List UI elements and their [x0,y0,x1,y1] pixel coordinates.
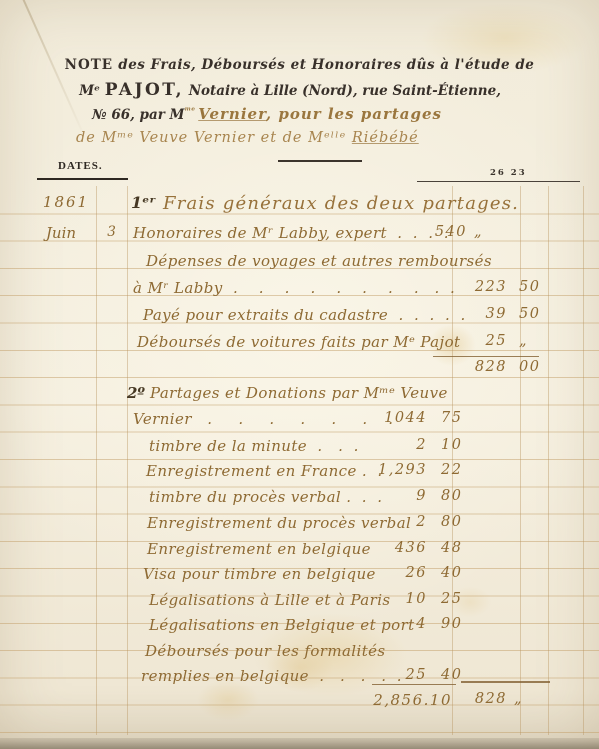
entry-francs: 540 [380,224,467,240]
ledger-row: Enregistrement du procès verbal 2 80 [0,514,599,540]
entry-francs: 26 [340,565,427,581]
header-payer-line: № 66, par Mᵐᵉ Vernier, pour les partages [92,105,442,123]
ledger-row: Dépenses de voyages et autres remboursés [0,252,599,278]
subtotal-centimes: 00 [519,359,540,375]
entry-francs: 2 [340,437,427,453]
header-title-line: NOTE des Frais, Déboursés et Honoraires … [0,57,599,73]
entry-centimes: 50 [519,306,540,322]
header-title-rest: des Frais, Déboursés et Honoraires dûs à… [113,57,534,73]
dates-header-rule [37,178,128,180]
entry-day: 3 [97,224,126,240]
entry-francs: 9 [340,488,427,504]
entry-centimes: 48 [441,540,462,556]
entry-francs: 4 [340,616,427,632]
parties-handwritten: de Mᵐᵉ Veuve Vernier et de Mᵉˡˡᵉ [76,130,352,146]
ledger-row: 1861 1ᵉʳ Frais généraux des deux partage… [0,193,599,219]
ledger-row: à Mʳ Labby . . . . . . . . . . 223 50 [0,279,599,305]
entry-centimes: 22 [441,462,462,478]
entry-text: Partages et Donations par Mᵐᵉ Veuve [150,384,448,402]
ledger-page: NOTE des Frais, Déboursés et Honoraires … [0,0,599,749]
section-marker: 1ᵉʳ [131,193,156,212]
dates-column-header: DATES. [58,160,103,172]
section-marker: 2º [127,384,145,402]
page-bottom-edge [0,738,599,749]
header-separator-rule [278,160,362,162]
entry-francs: 223 [420,279,507,295]
notary-honorific: Mᵉ [79,83,105,99]
party-name-handwritten: Riébébé [352,130,419,146]
entry-text: Dépenses de voyages et autres remboursés [146,252,492,270]
subtotal-francs: 828 [420,359,507,375]
payer-printed-prefix: № 66, par M [92,107,185,123]
entry-francs: 1044 [340,410,427,426]
section-heading-text: Frais généraux des deux partages. [163,193,519,214]
header-notary-line: Mᵉ PAJOT, Notaire à Lille (Nord), rue Sa… [0,80,580,100]
notary-address: Notaire à Lille (Nord), rue Saint-Étienn… [184,83,501,99]
ledger-row: Visa pour timbre en belgique 26 40 [0,565,599,591]
ledger-row: 2º Partages et Donations par Mᵐᵉ Veuve [0,384,599,410]
notary-name: PAJOT, [105,80,184,100]
grand-total-francs: 828 [420,691,507,707]
entry-francs: 436 [340,540,427,556]
entry-centimes: 90 [441,616,462,632]
entry-francs: 39 [420,306,507,322]
form-number: 26 23 [490,168,527,178]
ledger-row: Déboursés pour les formalités [0,642,599,668]
entry-text: Déboursés de voitures faits par Mᵉ Pajot [137,333,460,351]
entry-centimes: 10 [441,437,462,453]
entry-centimes: „ [519,333,528,349]
entry-text: Déboursés pour les formalités [145,642,386,660]
entry-centimes: 25 [441,591,462,607]
entry-centimes: 75 [441,410,462,426]
entry-centimes: „ [474,224,483,240]
entry-text: Payé pour extraits du cadastre . . . . . [143,306,466,324]
ledger-row: Vernier . . . . . . . 1044 75 [0,410,599,436]
payer-name-handwritten: Vernier [198,105,266,123]
header-parties-line: de Mᵐᵉ Veuve Vernier et de Mᵉˡˡᵉ Riébébé [76,130,419,146]
entry-francs: 2 [340,514,427,530]
entry-month: Juin [31,224,91,242]
ledger-row: remplies en belgique . . . . . 25 40 [0,667,599,693]
ledger-row: Juin 3 Honoraires de Mʳ Labby, expert . … [0,224,599,250]
entry-francs: 10 [340,591,427,607]
totals-row: 2,856.10 828 „ [0,691,599,717]
entry-text: à Mʳ Labby . . . . . . . . . . [133,279,455,297]
grand-total-rule-left [372,684,456,685]
entry-centimes: 80 [441,488,462,504]
entry-centimes: 40 [441,667,462,683]
payer-superscript: ᵐᵉ [185,107,199,117]
ledger-row: Enregistrement en belgique 436 48 [0,540,599,566]
ledger-row: Légalisations en Belgique et port 4 90 [0,616,599,642]
amount-columns-header-rule [417,181,580,182]
ledger-row: Payé pour extraits du cadastre . . . . .… [0,306,599,332]
header-note-word: NOTE [65,57,113,73]
entry-francs: 25 [420,333,507,349]
ledger-row: timbre du procès verbal . . . 9 80 [0,488,599,514]
entry-year: 1861 [36,193,96,211]
grand-total-rule-right [461,681,550,683]
subtotal-rule [433,356,539,357]
grand-total-centimes: „ [514,691,523,707]
ledger-row: Enregistrement en France . . 1,293 22 [0,462,599,488]
entry-text: timbre de la minute . . . [149,437,359,455]
payer-purpose-handwritten: , pour les partages [266,105,442,123]
entry-centimes: 50 [519,279,540,295]
entry-francs: 25 [340,667,427,683]
entry-francs: 1,293 [340,462,427,478]
entry-text: Enregistrement en belgique [147,540,371,558]
entry-centimes: 40 [441,565,462,581]
entry-centimes: 80 [441,514,462,530]
subtotal-row: 828 00 [0,359,599,385]
ledger-row: timbre de la minute . . . 2 10 [0,437,599,463]
ledger-row: Légalisations à Lille et à Paris 10 25 [0,591,599,617]
